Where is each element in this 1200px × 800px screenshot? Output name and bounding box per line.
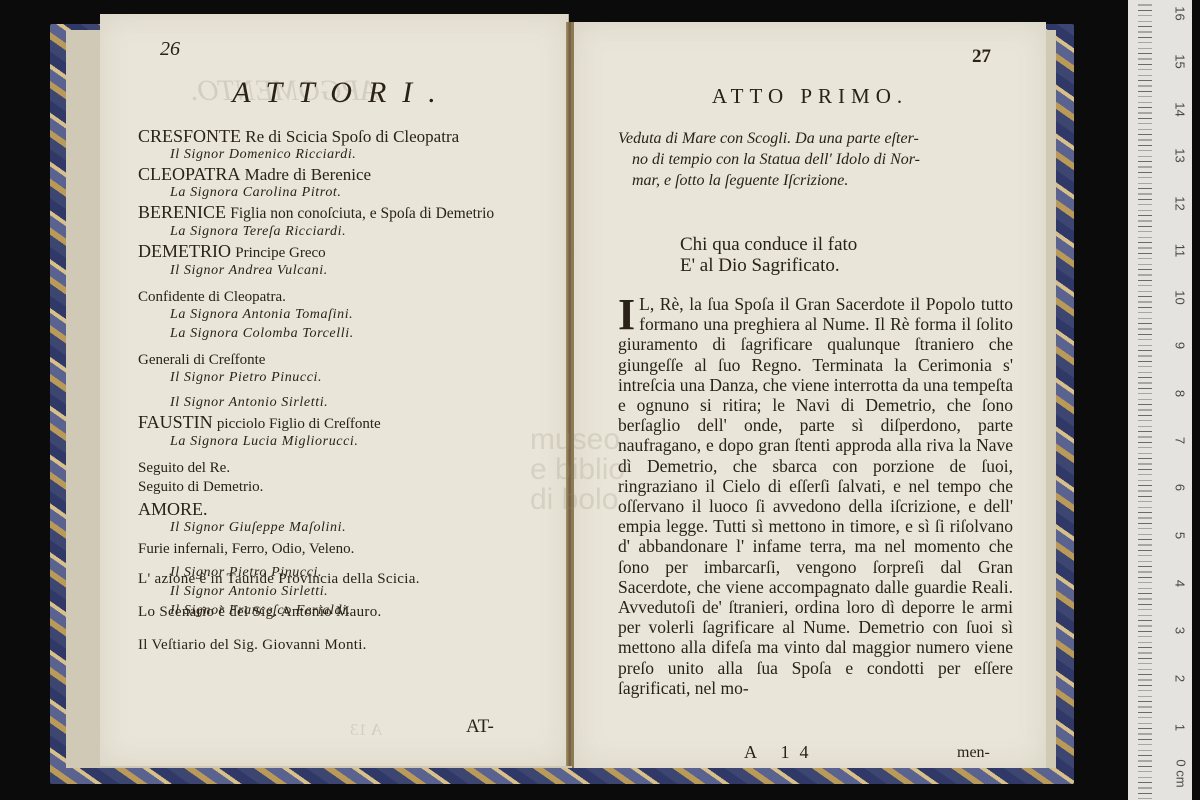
cast-role: BERENICE Figlia non conoſciuta, e Spoſa … (138, 203, 558, 223)
measuring-ruler: 16 15 14 13 12 11 10 9 8 7 6 5 4 3 2 1 0… (1128, 0, 1192, 800)
cast-role: FAUSTIN picciolo Figlio di Creſfonte (138, 413, 558, 433)
body-text: IL, Rè, la ſua Spoſa il Gran Sacerdote i… (618, 294, 1013, 698)
note-costumes: Il Veſtiario del Sig. Giovanni Monti. (138, 635, 558, 655)
cast-actor: La Signora Tereſa Ricciardi. (138, 223, 558, 240)
scene-description: Veduta di Mare con Scogli. Da una parte … (618, 128, 1013, 191)
cast-actor: La Signora Colomba Torcelli. (138, 325, 558, 342)
signature-mark: A 14 (744, 742, 819, 763)
library-watermark: museo e biblio di bolo (530, 425, 625, 515)
cast-actor: Il Signor Domenico Ricciardi. (138, 146, 558, 163)
cast-role: CLEOPATRA Madre di Berenice (138, 165, 558, 184)
right-page: 27 ATTO PRIMO. Veduta di Mare con Scogli… (572, 22, 1046, 768)
cast-actor: Il Signor Pietro Pinucci. (138, 369, 558, 386)
cast-actor: La Signora Carolina Pitrot. (138, 184, 558, 201)
cast-actor: Il Signor Antonio Sirletti. (138, 394, 558, 411)
bleed-through-signature: A 13 (350, 720, 383, 740)
cast-role: AMORE. (138, 500, 558, 519)
cast-role: Seguito del Re. (138, 459, 558, 477)
catchword: AT- (466, 716, 494, 738)
production-notes: L' azione è in Tauride Provincia della S… (138, 569, 558, 668)
cast-role: DEMETRIO Principe Greco (138, 242, 558, 262)
note-scenery: Lo Scenario è del Sig. Antonio Mauro. (138, 602, 558, 622)
cast-actor: Il Signor Giuſeppe Maſolini. (138, 519, 558, 536)
catchword: men- (957, 744, 990, 762)
cast-role: CRESFONTE Re di Scicia Spoſo di Cleopatr… (138, 127, 558, 146)
cast-role: Seguito di Demetrio. (138, 478, 558, 496)
left-page: ARGOMENTO. 26 ATTORI. CRESFONTE Re di Sc… (100, 14, 569, 766)
page-title: ATTORI. (100, 76, 568, 110)
page-number: 26 (160, 38, 180, 61)
act-title: ATTO PRIMO. (574, 84, 1046, 109)
inscription: Chi qua conduce il fato E' al Dio Sagrif… (680, 234, 857, 276)
note-setting: L' azione è in Tauride Provincia della S… (138, 569, 558, 589)
cast-actor: Il Signor Andrea Vulcani. (138, 262, 558, 279)
drop-cap: I (618, 296, 635, 334)
cast-role: Generali di Creſfonte (138, 351, 558, 369)
cast-role: Confidente di Cleopatra. (138, 288, 558, 306)
cast-actor: La Signora Antonia Tomaſini. (138, 306, 558, 323)
cast-actor: La Signora Lucia Migliorucci. (138, 433, 558, 450)
cast-role: Furie infernali, Ferro, Odio, Veleno. (138, 540, 558, 558)
page-number: 27 (972, 46, 991, 68)
cast-list: CRESFONTE Re di Scicia Spoſo di Cleopatr… (138, 126, 558, 621)
